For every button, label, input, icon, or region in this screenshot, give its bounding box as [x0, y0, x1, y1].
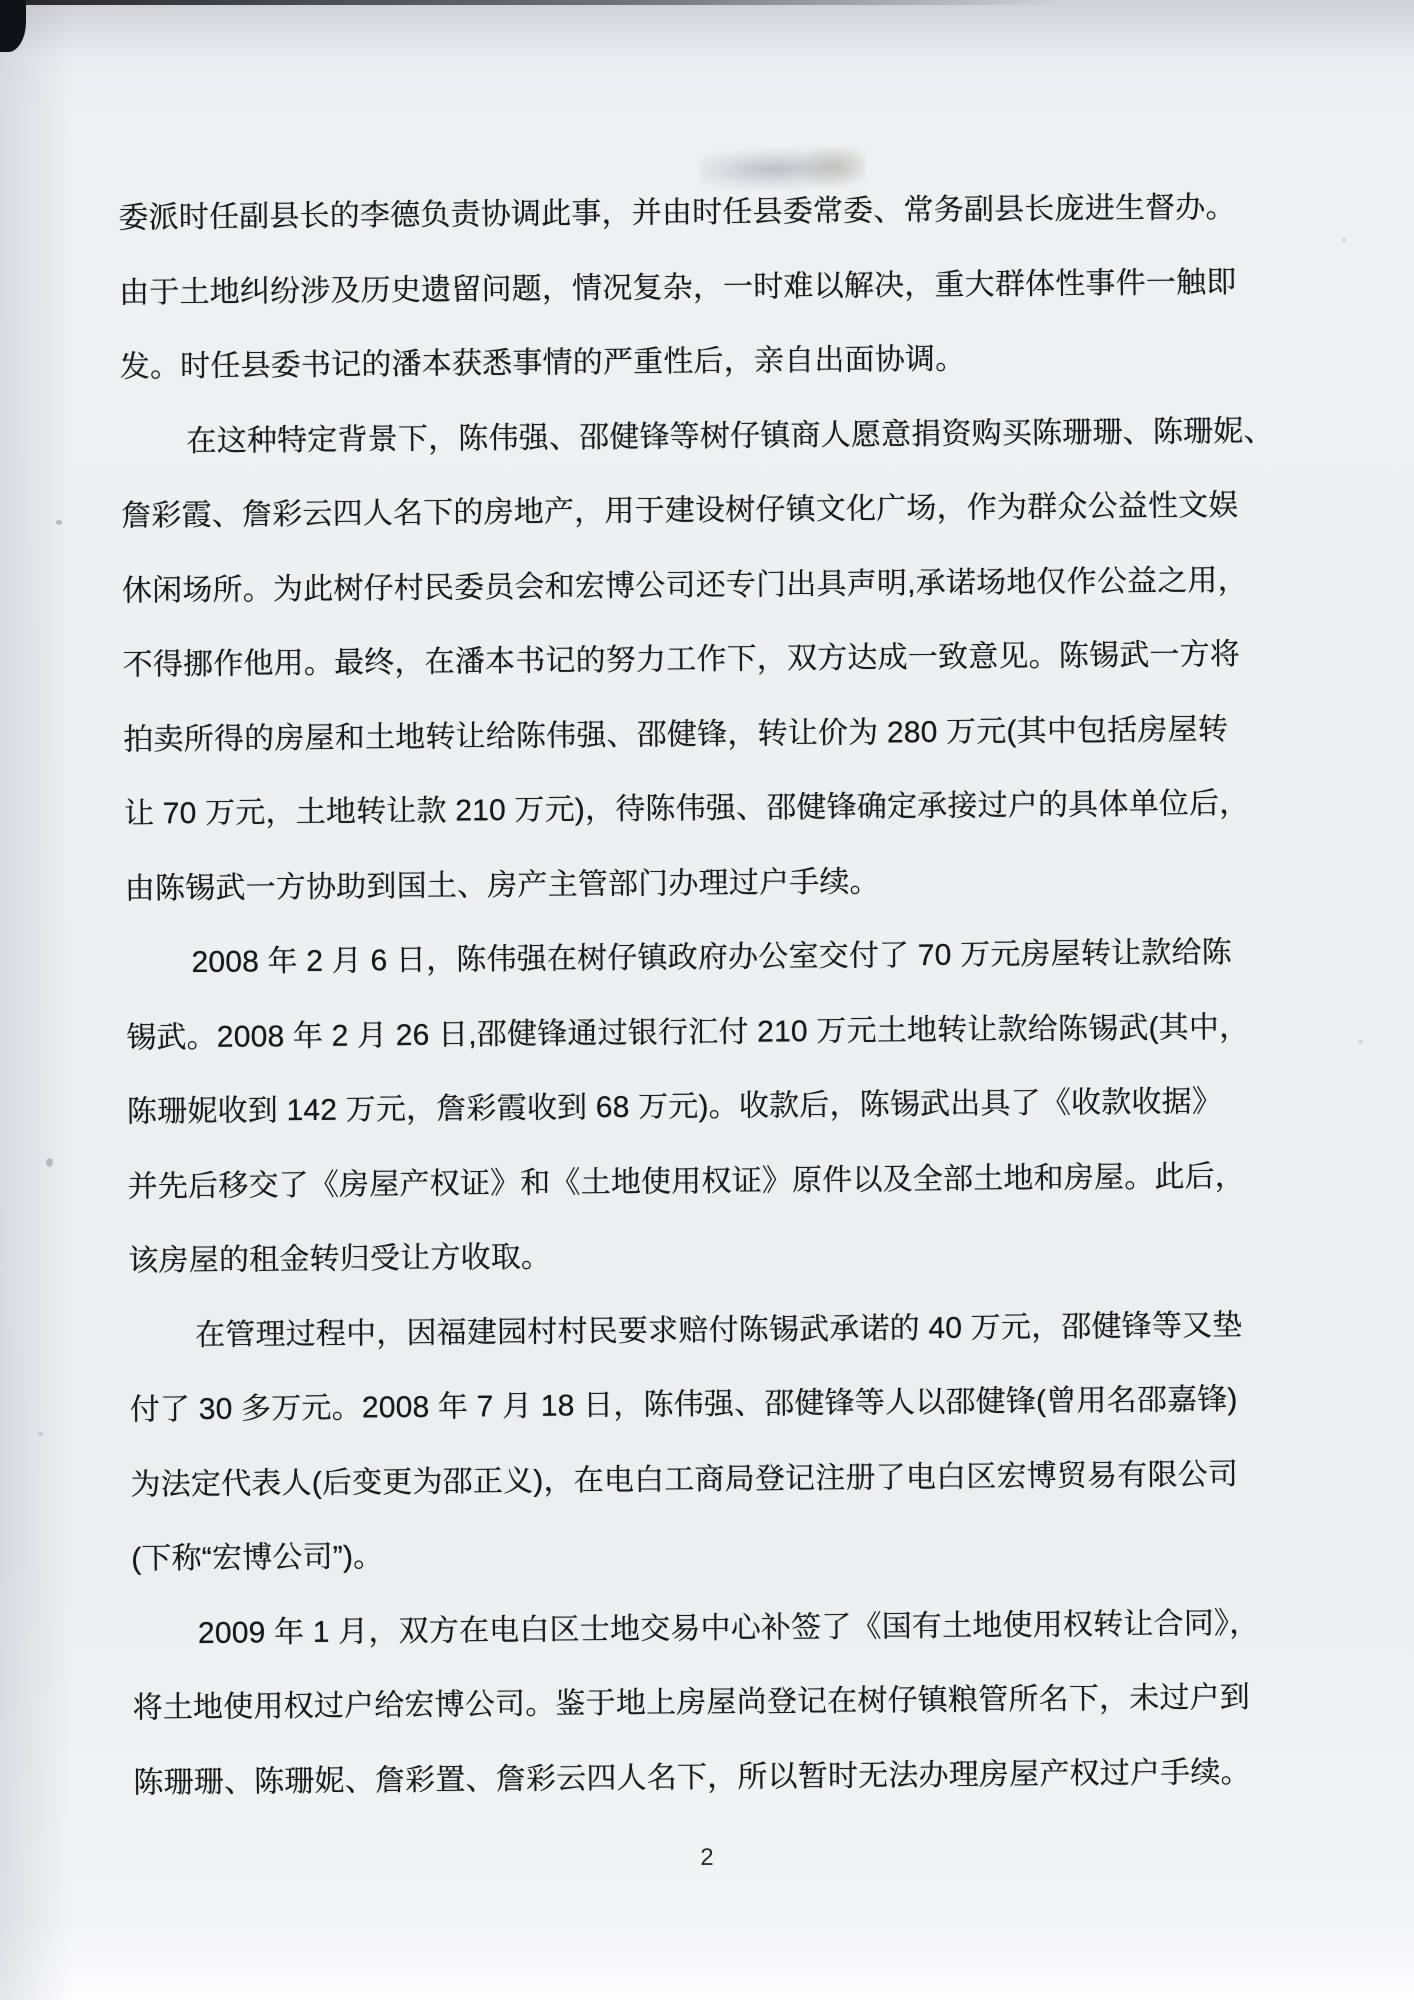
- text-line: 发。时任县委书记的潘本获悉事情的严重性后，亲自出面协调。: [119, 319, 1310, 405]
- text-line: 不得挪作他用。最终，在潘本书记的努力工作下，双方达成一致意见。陈锡武一方将: [122, 617, 1313, 703]
- document-body-text: 委派时任副县长的李德负责协调此事，并由时任县委常委、常务副县长庞进生督办。 由于…: [118, 170, 1324, 1820]
- scan-edge-shadow-left: [0, 0, 90, 2000]
- text-line: 让 70 万元，土地转让款 210 万元)，待陈伟强、邵健锋确定承接过户的具体单…: [124, 766, 1315, 852]
- text-line: 委派时任副县长的李德负责协调此事，并由时任县委常委、常务副县长庞进生督办。: [118, 170, 1309, 256]
- text-line: 休闲场所。为此树仔村民委员会和宏博公司还专门出具声明,承诺场地仅作公益之用，: [122, 543, 1313, 629]
- text-line: 2008 年 2 月 6 日，陈伟强在树仔镇政府办公室交付了 70 万元房屋转让…: [125, 915, 1316, 1001]
- text-line: 将土地使用权过户给宏博公司。鉴于地上房屋尚登记在树仔镇粮管所名下，未过户到: [132, 1660, 1323, 1746]
- scanned-document-page: 委派时任副县长的李德负责协调此事，并由时任县委常委、常务副县长庞进生督办。 由于…: [0, 0, 1414, 2000]
- paper-speck: [1342, 238, 1346, 242]
- text-line: 该房屋的租金转归受让方收取。: [128, 1213, 1319, 1299]
- text-line: 2009 年 1 月，双方在电白区士地交易中心补签了《国有土地使用权转让合同》，: [132, 1586, 1323, 1672]
- page-number: 2: [0, 1839, 1414, 1877]
- text-line: 在管理过程中，因福建园村村民要求赔付陈锡武承诺的 40 万元，邵健锋等又垫: [129, 1288, 1320, 1374]
- text-line: 由陈锡武一方协助到国土、房产主管部门办理过户手续。: [124, 841, 1315, 927]
- text-line: 锡武。2008 年 2 月 26 日,邵健锋通过银行汇付 210 万元土地转让款…: [126, 990, 1317, 1076]
- text-line: 陈珊珊、陈珊妮、詹彩置、詹彩云四人名下，所以暂时无法办理房屋产权过户手续。: [133, 1735, 1324, 1821]
- paper-speck: [38, 1432, 43, 1436]
- text-line: 付了 30 多万元。2008 年 7 月 18 日，陈伟强、邵健锋等人以邵健锋(…: [129, 1362, 1320, 1448]
- text-line: 并先后移交了《房屋产权证》和《土地使用权证》原件以及全部土地和房屋。此后，: [127, 1139, 1318, 1225]
- text-line: (下称“宏博公司”)。: [131, 1511, 1322, 1597]
- scan-edge-shadow-top: [0, 0, 1414, 70]
- paper-speck: [46, 1158, 53, 1167]
- text-line: 陈珊妮收到 142 万元，詹彩霞收到 68 万元)。收款后，陈锡武出具了《收款收…: [127, 1064, 1318, 1150]
- text-line: 詹彩霞、詹彩云四人名下的房地产，用于建设树仔镇文化广场，作为群众公益性文娱: [121, 468, 1312, 554]
- scan-top-edge-line: [0, 0, 1060, 5]
- text-line: 在这种特定背景下，陈伟强、邵健锋等树仔镇商人愿意捐资购买陈珊珊、陈珊妮、: [120, 394, 1311, 480]
- text-line: 由于土地纠纷涉及历史遗留问题，情况复杂，一时难以解决，重大群体性事件一触即: [119, 245, 1310, 331]
- text-line: 拍卖所得的房屋和土地转让给陈伟强、邵健锋，转让价为 280 万元(其中包括房屋转: [123, 692, 1314, 778]
- paper-speck: [56, 520, 62, 525]
- text-line: 为法定代表人(后变更为邵正义)，在电白工商局登记注册了电白区宏博贸易有限公司: [130, 1437, 1321, 1523]
- paper-speck: [1358, 1040, 1363, 1044]
